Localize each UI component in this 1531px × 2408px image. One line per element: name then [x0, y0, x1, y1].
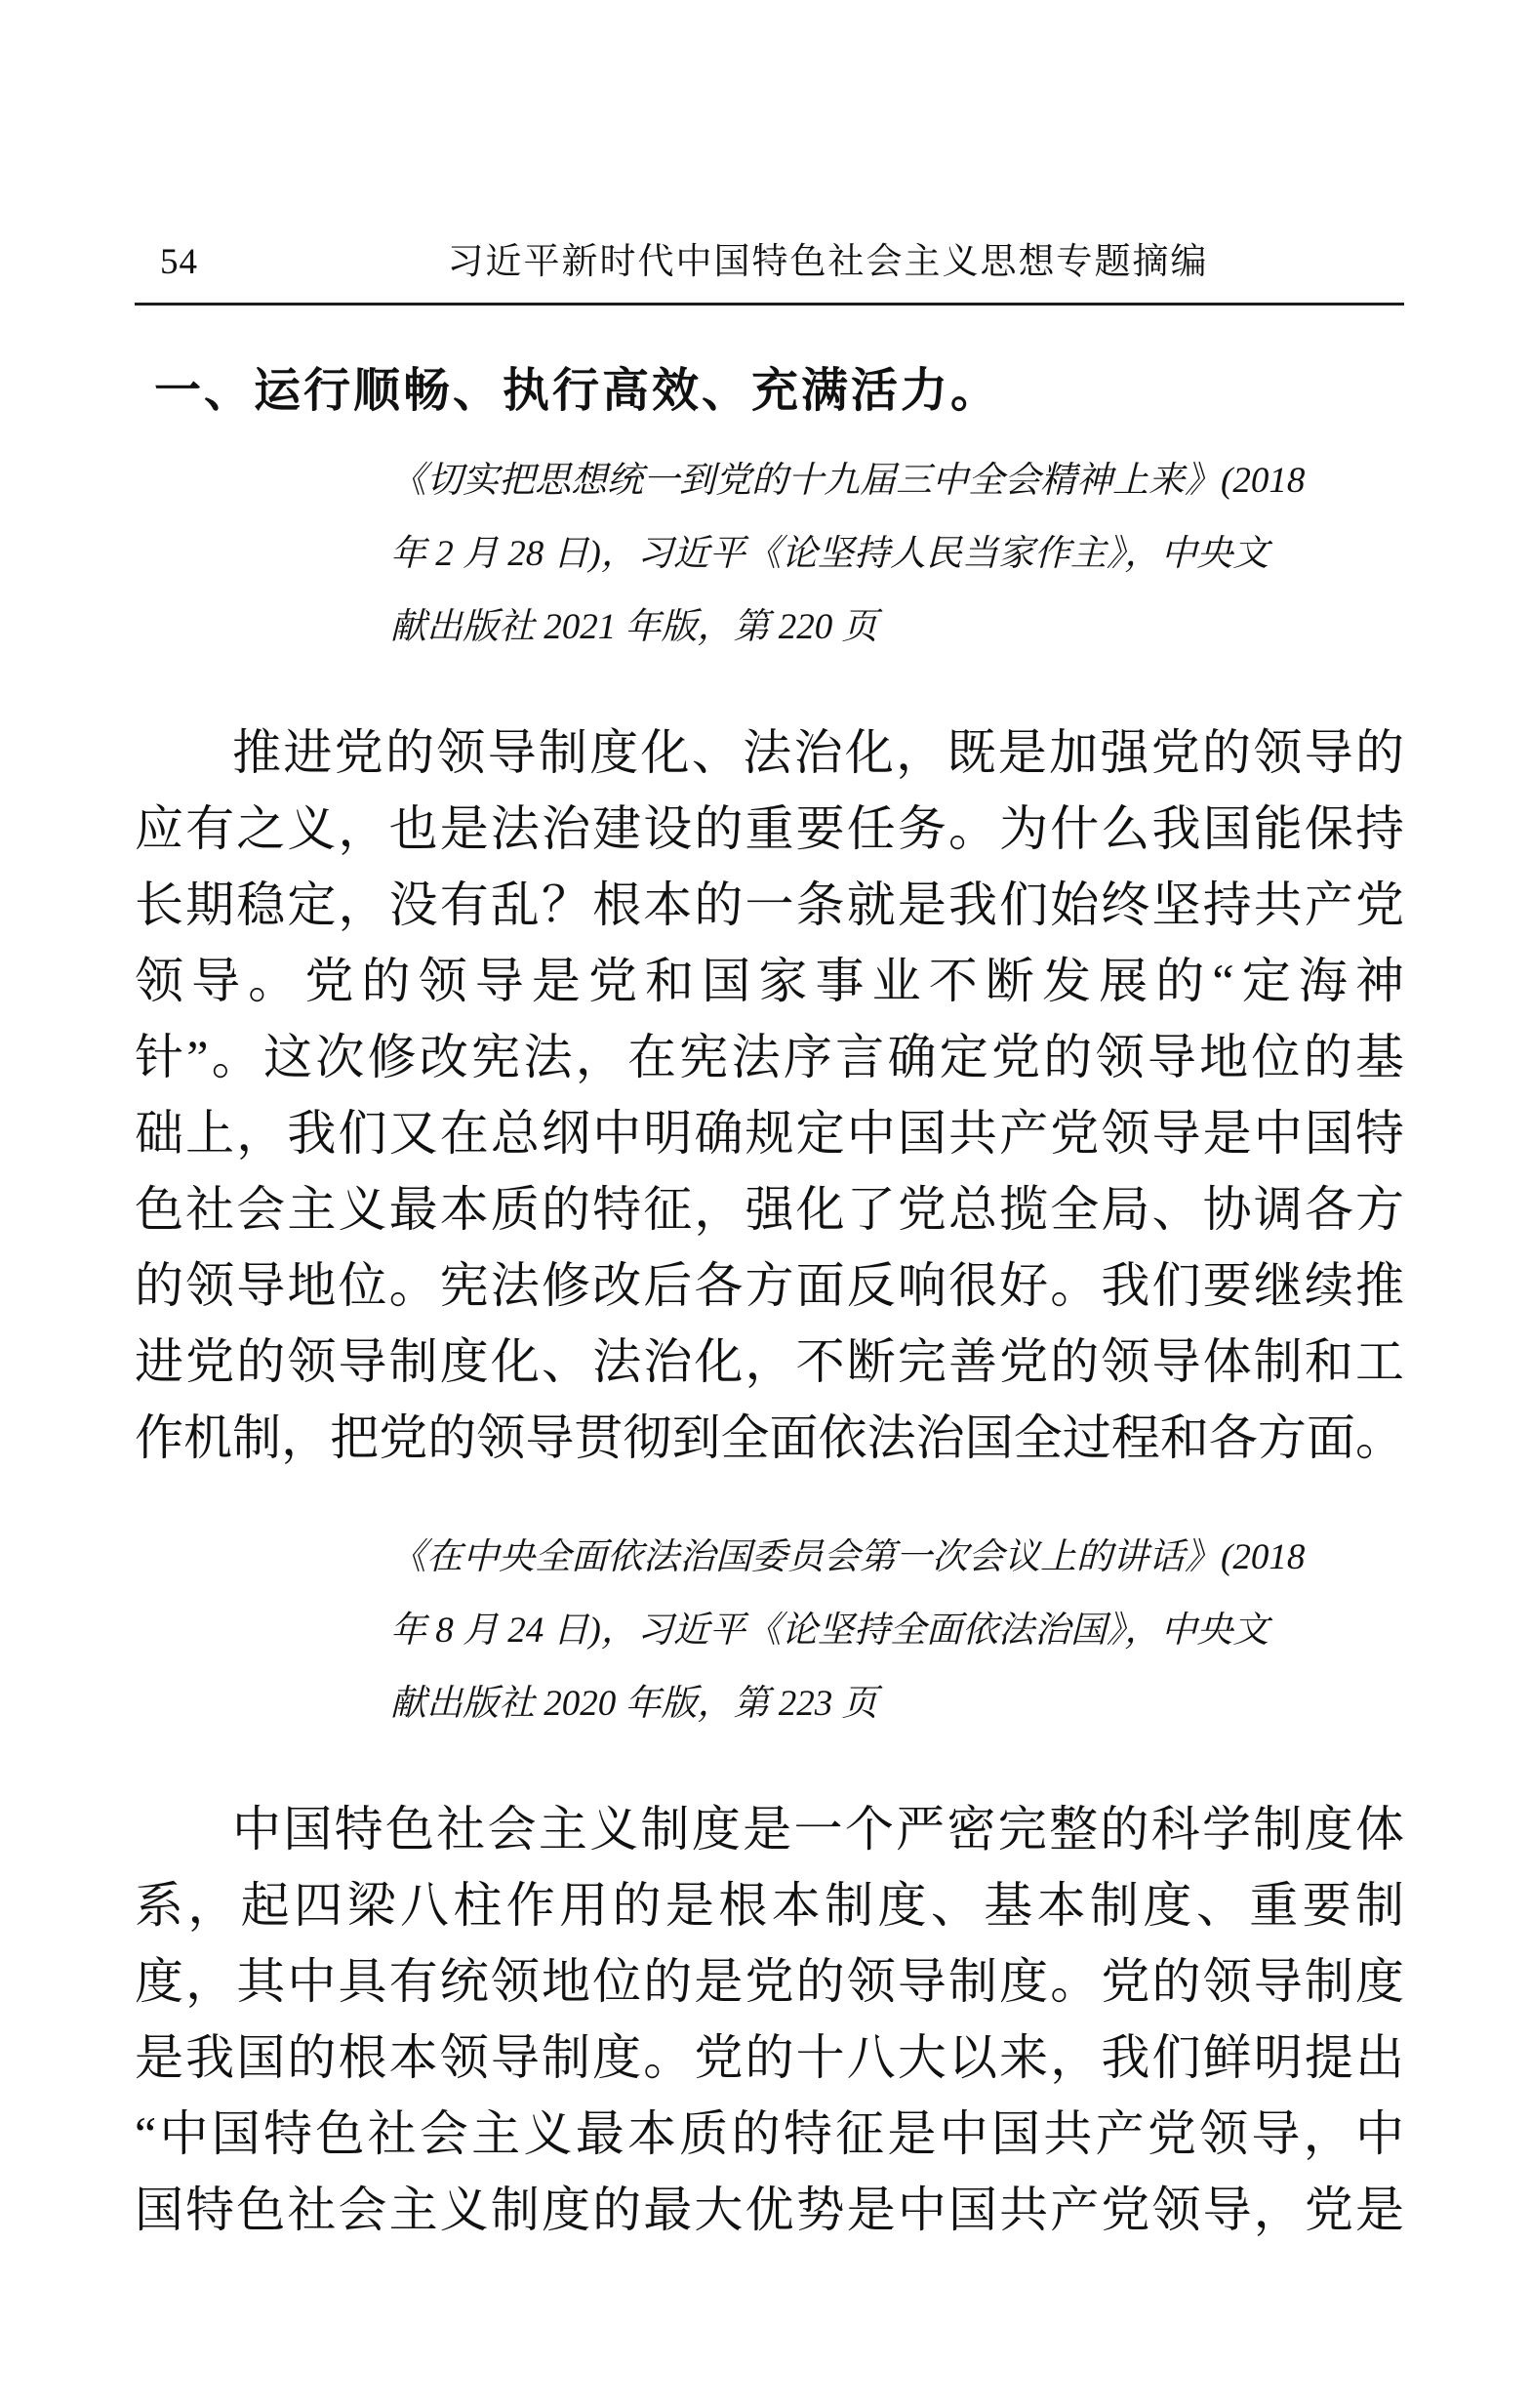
paragraph-line: “中国特色社会主义最本质的特征是中国共产党领导，中 [135, 2096, 1404, 2172]
citation-line: 《切实把思想统一到党的十九届三中全会精神上来》(2018 [390, 444, 1404, 517]
paragraph-line: 的领导地位。宪法修改后各方面反响很好。我们要继续推 [135, 1247, 1404, 1324]
page-number: 54 [135, 240, 252, 285]
paragraph-line: 国特色社会主义制度的最大优势是中国共产党领导，党是 [135, 2172, 1404, 2248]
paragraph-1: 推进党的领导制度化、法治化，既是加强党的领导的 应有之义，也是法治建设的重要任务… [135, 714, 1404, 1476]
paragraph-line: 中国特色社会主义制度是一个严密完整的科学制度体 [135, 1791, 1404, 1867]
section-heading: 一、运行顺畅、执行高效、充满活力。 [154, 360, 1404, 423]
paragraph-line: 是我国的根本领导制度。党的十八大以来，我们鲜明提出 [135, 2020, 1404, 2096]
paragraph-line: 进党的领导制度化、法治化，不断完善党的领导体制和工 [135, 1324, 1404, 1400]
header-title: 习近平新时代中国特色社会主义思想专题摘编 [252, 240, 1404, 285]
paragraph-line: 推进党的领导制度化、法治化，既是加强党的领导的 [135, 714, 1404, 791]
paragraph-line: 系，起四梁八柱作用的是根本制度、基本制度、重要制 [135, 1867, 1404, 1943]
paragraph-line: 针”。这次修改宪法，在宪法序言确定党的领导地位的基 [135, 1019, 1404, 1095]
header-rule [135, 303, 1404, 306]
paragraph-line: 度，其中具有统领地位的是党的领导制度。党的领导制度 [135, 1943, 1404, 2020]
book-page: 54 习近平新时代中国特色社会主义思想专题摘编 一、运行顺畅、执行高效、充满活力… [0, 0, 1531, 2408]
citation-line: 《在中央全面依法治国委员会第一次会议上的讲话》(2018 [390, 1521, 1404, 1594]
paragraph-line: 色社会主义最本质的特征，强化了党总揽全局、协调各方 [135, 1171, 1404, 1247]
citation-line: 年 2 月 28 日)，习近平《论坚持人民当家作主》，中央文 [390, 517, 1404, 591]
citation-line: 年 8 月 24 日)，习近平《论坚持全面依法治国》，中央文 [390, 1594, 1404, 1667]
paragraph-line: 础上，我们又在总纲中明确规定中国共产党领导是中国特 [135, 1095, 1404, 1171]
paragraph-2: 中国特色社会主义制度是一个严密完整的科学制度体 系，起四梁八柱作用的是根本制度、… [135, 1791, 1404, 2248]
paragraph-line: 长期稳定，没有乱？根本的一条就是我们始终坚持共产党 [135, 867, 1404, 943]
paragraph-line: 作机制，把党的领导贯彻到全面依法治国全过程和各方面。 [135, 1400, 1404, 1476]
citation-line: 献出版社 2021 年版，第 220 页 [390, 591, 1404, 664]
paragraph-line: 应有之义，也是法治建设的重要任务。为什么我国能保持 [135, 791, 1404, 867]
paragraph-line: 领导。党的领导是党和国家事业不断发展的“定海神 [135, 943, 1404, 1019]
citation-block-1: 《切实把思想统一到党的十九届三中全会精神上来》(2018 年 2 月 28 日)… [390, 444, 1404, 664]
page-header: 54 习近平新时代中国特色社会主义思想专题摘编 [135, 240, 1404, 285]
citation-line: 献出版社 2020 年版，第 223 页 [390, 1667, 1404, 1740]
citation-block-2: 《在中央全面依法治国委员会第一次会议上的讲话》(2018 年 8 月 24 日)… [390, 1521, 1404, 1740]
